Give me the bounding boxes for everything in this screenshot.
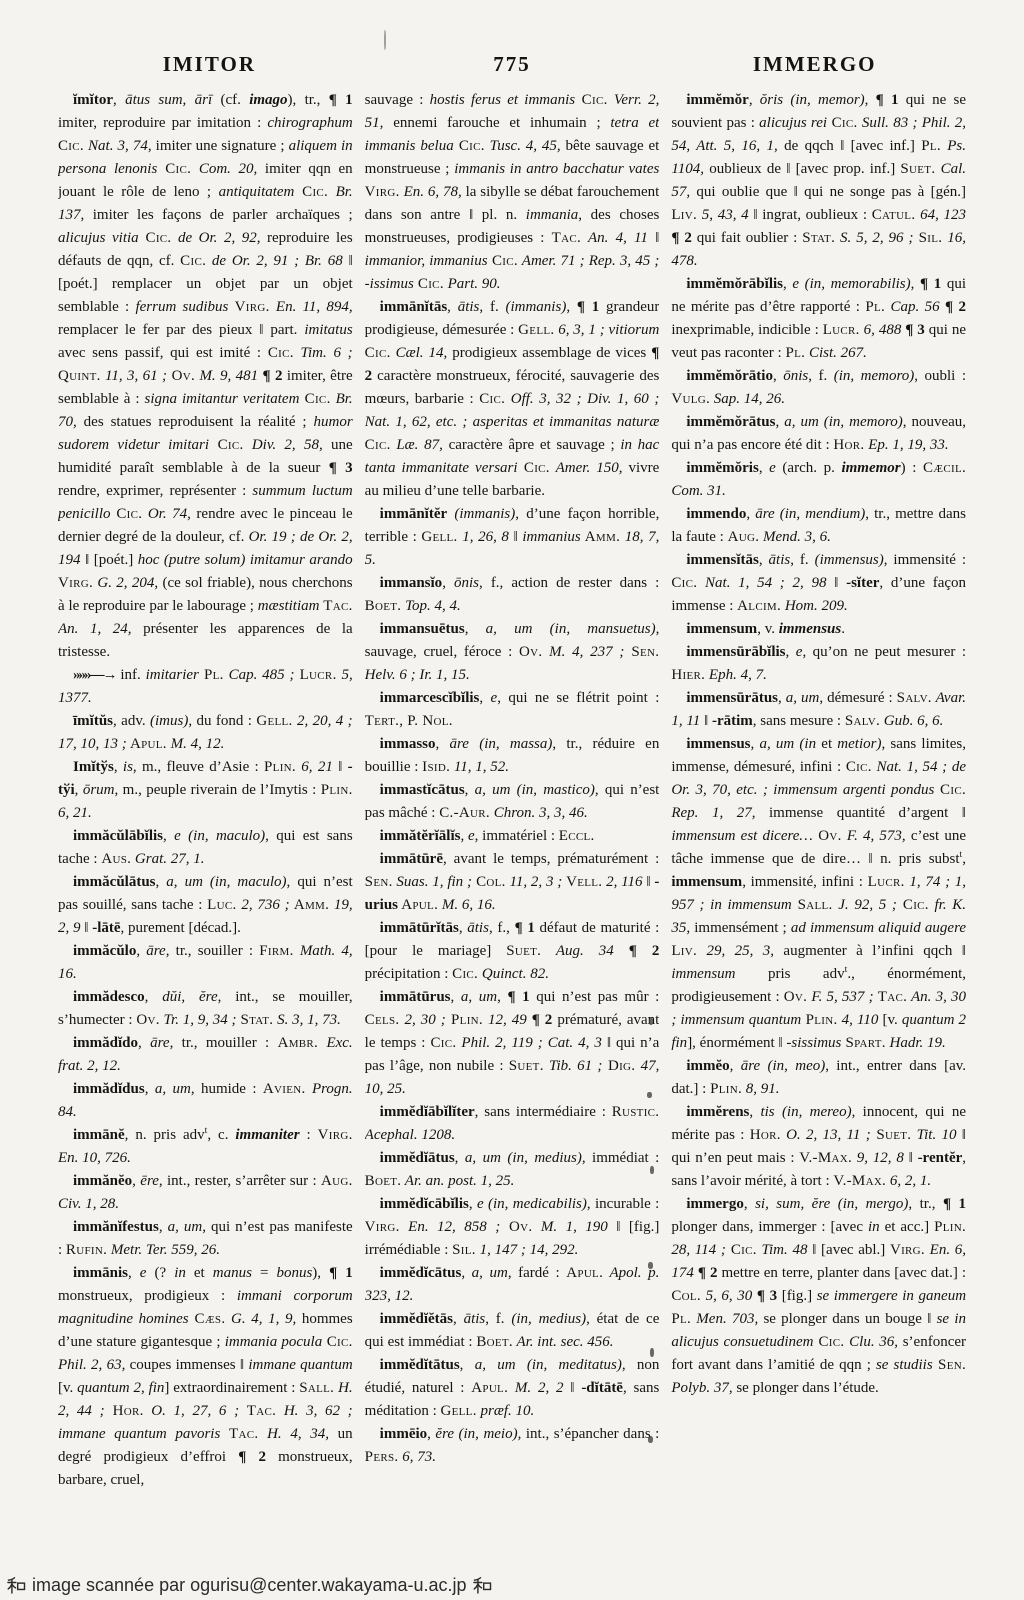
scanner-credit: image scannée par ogurisu@center.wakayam…: [7, 1573, 492, 1597]
scan-artifact: [650, 1166, 654, 1174]
dictionary-entry: »»»—→ inf. imitarier Pl. Cap. 485 ; Lucr…: [58, 664, 353, 710]
dictionary-entry: immĕdĭtātus, a, um (in, meditatus), non …: [365, 1354, 660, 1423]
dictionary-entry: immansĭo, ōnis, f., action de rester dan…: [365, 572, 660, 618]
dictionary-entry: immendo, āre (in, mendium), tr., mettre …: [671, 503, 966, 549]
scanned-dictionary-page: IMITOR 775 IMMERGO ĭmĭtor, ātus sum, ārī…: [0, 0, 1024, 1600]
dictionary-entry: immensus, a, um (in et metior), sans lim…: [671, 733, 966, 1055]
dictionary-entry: immensūrātus, a, um, démesuré : Salv. Av…: [671, 687, 966, 733]
dictionary-entry: immĕdĭcātus, a, um, fardé : Apul. Apol. …: [365, 1262, 660, 1308]
dictionary-entry: immănĕo, ēre, int., rester, s’arrêter su…: [58, 1170, 353, 1216]
header-left-keyword: IMITOR: [58, 52, 361, 77]
dictionary-entry: immergo, si, sum, ĕre (in, mergo), tr., …: [671, 1193, 966, 1400]
dictionary-entry: immātūrus, a, um, ¶ 1 qui n’est pas mûr …: [365, 986, 660, 1101]
dictionary-entry: immānĭtās, ātis, f. (immanis), ¶ 1 grand…: [365, 296, 660, 503]
dictionary-entry: immātūrĭtās, ātis, f., ¶ 1 défaut de mat…: [365, 917, 660, 986]
running-head: IMITOR 775 IMMERGO: [58, 52, 966, 77]
dictionary-entry: immĕrens, tis (in, mereo), innocent, qui…: [671, 1101, 966, 1193]
dictionary-column-right: immĕmŏr, ŏris (in, memor), ¶ 1 qui ne se…: [671, 89, 966, 1551]
dictionary-entry: immēio, ĕre (in, meio), int., s’épancher…: [365, 1423, 660, 1469]
dictionary-columns: ĭmĭtor, ātus sum, ārī (cf. imago), tr., …: [58, 89, 966, 1551]
dictionary-entry: immĕdĭābĭlĭter, sans intermédiaire : Rus…: [365, 1101, 660, 1147]
dictionary-entry: immensĭtās, ātis, f. (immensus), immensi…: [671, 549, 966, 618]
scan-artifact: [648, 1436, 653, 1443]
dictionary-entry: immădĭdus, a, um, humide : Avien. Progn.…: [58, 1078, 353, 1124]
scan-artifact: [384, 30, 386, 50]
dictionary-entry: immĕdĭcābĭlis, e (in, medicabilis), incu…: [365, 1193, 660, 1262]
dictionary-entry: immarcescĭbĭlis, e, qui ne se flétrit po…: [365, 687, 660, 733]
dictionary-entry: ĭmĭtor, ātus sum, ārī (cf. imago), tr., …: [58, 89, 353, 664]
dictionary-entry: immĕmŏrātio, ōnis, f. (in, memoro), oubl…: [671, 365, 966, 411]
dictionary-entry: immĕmŏr, ŏris (in, memor), ¶ 1 qui ne se…: [671, 89, 966, 273]
dictionary-entry: immĕo, āre (in, meo), int., entrer dans …: [671, 1055, 966, 1101]
dictionary-entry: immĕmŏrātus, a, um (in, memoro), nouveau…: [671, 411, 966, 457]
dictionary-column-center: sauvage : hostis ferus et immanis Cic. V…: [365, 89, 660, 1551]
dictionary-entry: immānĕ, n. pris advt, c. immaniter : Vir…: [58, 1124, 353, 1170]
dictionary-entry: immātūrē, avant le temps, prématurément …: [365, 848, 660, 917]
dictionary-entry: immădesco, dŭi, ĕre, int., se mouiller, …: [58, 986, 353, 1032]
dictionary-entry: immensum, v. immensus.: [671, 618, 966, 641]
dictionary-entry: immānĭtĕr (immanis), d’une façon horribl…: [365, 503, 660, 572]
dictionary-entry: immānis, e (? in et manus = bonus), ¶ 1 …: [58, 1262, 353, 1492]
dictionary-entry: immăcŭlātus, a, um (in, maculo), qui n’e…: [58, 871, 353, 940]
dictionary-entry: immensūrābĭlis, e, qu’on ne peut mesurer…: [671, 641, 966, 687]
page-number: 775: [361, 52, 664, 77]
dictionary-column-left: ĭmĭtor, ātus sum, ārī (cf. imago), tr., …: [58, 89, 353, 1551]
dictionary-entry: immătĕrĭālĭs, e, immatériel : Eccl.: [365, 825, 660, 848]
dictionary-entry: immastĭcātus, a, um (in, mastico), qui n…: [365, 779, 660, 825]
dictionary-entry: immasso, āre (in, massa), tr., réduire e…: [365, 733, 660, 779]
dictionary-entry: immĕmŏris, e (arch. p. immemor) : Cæcil.…: [671, 457, 966, 503]
dictionary-entry: immăcŭlābĭlis, e (in, maculo), qui est s…: [58, 825, 353, 871]
dictionary-entry: immansuētus, a, um (in, mansuetus), sauv…: [365, 618, 660, 687]
scan-artifact: [649, 1018, 653, 1025]
dictionary-entry: immădĭdo, āre, tr., mouiller : Ambr. Exc…: [58, 1032, 353, 1078]
dictionary-entry: īmĭtŭs, adv. (imus), du fond : Gell. 2, …: [58, 710, 353, 756]
dictionary-entry: immĕmŏrābĭlis, e (in, memorabilis), ¶ 1 …: [671, 273, 966, 365]
dictionary-entry: Imĭtўs, is, m., fleuve d’Asie : Plin. 6,…: [58, 756, 353, 825]
scan-artifact: [650, 1348, 654, 1357]
scanner-credit-text: image scannée par ogurisu@center.wakayam…: [32, 1575, 467, 1596]
dictionary-entry: immăcŭlo, āre, tr., souiller : Firm. Mat…: [58, 940, 353, 986]
dictionary-entry: sauvage : hostis ferus et immanis Cic. V…: [365, 89, 660, 296]
kanji-wa-icon: [473, 1576, 492, 1595]
scan-artifact: [648, 1262, 653, 1269]
dictionary-entry: immĕdĭātus, a, um (in, medius), immédiat…: [365, 1147, 660, 1193]
dictionary-entry: immănĭfestus, a, um, qui n’est pas manif…: [58, 1216, 353, 1262]
scan-artifact: [647, 1092, 652, 1098]
dictionary-entry: immĕdĭĕtās, ātis, f. (in, medius), état …: [365, 1308, 660, 1354]
header-right-keyword: IMMERGO: [663, 52, 966, 77]
kanji-wa-icon: [7, 1576, 26, 1595]
